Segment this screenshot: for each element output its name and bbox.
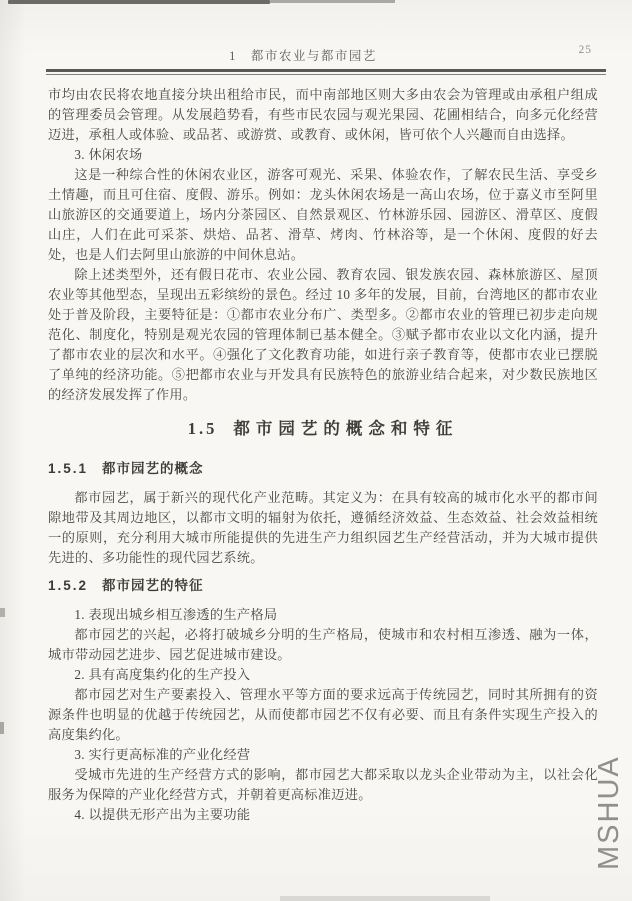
subsection-number: 1.5.2	[48, 578, 88, 593]
page-header: 1都市农业与都市园艺 25	[48, 46, 598, 75]
section-number: 1.5	[188, 419, 218, 438]
header-rule-thick	[46, 69, 606, 72]
paragraph: 受城市先进的生产经营方式的影响，都市园艺大都采取以龙头企业带动为主，以社会化服务…	[48, 765, 598, 805]
subsection-heading: 1.5.1都市园艺的概念	[48, 459, 598, 479]
list-item-heading: 3. 休闲农场	[48, 145, 598, 165]
list-item-heading: 1. 表现出城乡相互渗透的生产格局	[48, 605, 598, 625]
chapter-number: 1	[229, 49, 237, 63]
paragraph: 除上述类型外，还有假日花市、农业公园、教育农园、银发族农园、森林旅游区、屋顶农业…	[48, 265, 598, 405]
subsection-number: 1.5.1	[48, 461, 88, 476]
running-head: 1都市农业与都市园艺	[48, 46, 598, 64]
paragraph: 都市园艺对生产要素投入、管理水平等方面的要求远高于传统园艺，同时其所拥有的资源条…	[48, 685, 598, 745]
list-item-heading: 4. 以提供无形产出为主要功能	[48, 805, 598, 825]
paragraph: 这是一种综合性的休闲农业区，游客可观光、采果、体验农作，了解农民生活、享受乡土情…	[48, 165, 598, 265]
list-item-heading: 3. 实行更高标准的产业化经营	[48, 745, 598, 765]
subsection-title: 都市园艺的特征	[102, 578, 204, 593]
section-title: 都市园艺的概念和特征	[233, 419, 458, 438]
paragraph: 都市园艺的兴起，必将打破城乡分明的生产格局，使城市和农村相互渗透、融为一体，城市…	[48, 625, 598, 665]
header-rule-thin	[46, 74, 606, 75]
paragraph: 市均由农民将农地直接分块出租给市民，而中南部地区则大多由农会为管理或由承租户组成…	[48, 85, 598, 145]
page-content: 1都市农业与都市园艺 25 市均由农民将农地直接分块出租给市民，而中南部地区则大…	[0, 0, 632, 825]
book-page: 1都市农业与都市园艺 25 市均由农民将农地直接分块出租给市民，而中南部地区则大…	[0, 0, 632, 901]
watermark: MSHUA	[592, 760, 626, 870]
page-number: 25	[579, 44, 593, 56]
body-text: 市均由农民将农地直接分块出租给市民，而中南部地区则大多由农会为管理或由承租户组成…	[48, 85, 598, 825]
paragraph: 都市园艺，属于新兴的现代化产业范畴。其定义为：在具有较高的城市化水平的都市间隙地…	[48, 488, 598, 568]
running-title: 都市农业与都市园艺	[251, 49, 377, 63]
subsection-title: 都市园艺的概念	[102, 461, 204, 476]
section-heading: 1.5都市园艺的概念和特征	[48, 419, 598, 439]
subsection-heading: 1.5.2都市园艺的特征	[48, 576, 598, 596]
scan-edge-artifact	[280, 896, 490, 901]
list-item-heading: 2. 具有高度集约化的生产投入	[48, 665, 598, 685]
header-rule	[48, 69, 598, 75]
